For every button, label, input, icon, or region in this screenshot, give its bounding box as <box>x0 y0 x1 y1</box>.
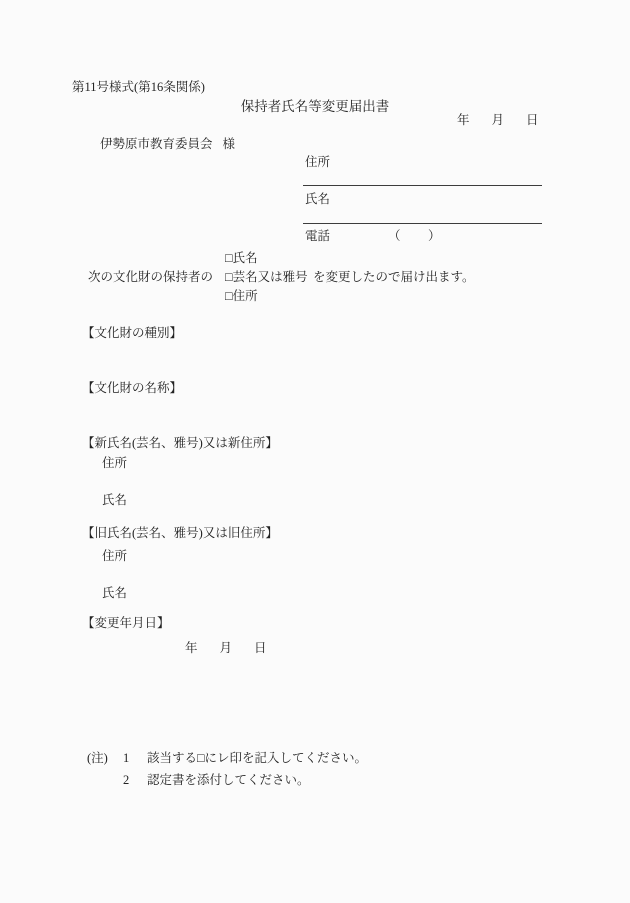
declaration-tail: を変更したので届け出ます。 <box>313 270 475 285</box>
applicant-address-label: 住所 <box>305 155 330 170</box>
section-heading-category: 【文化財の種別】 <box>82 326 182 341</box>
change-date-year: 年 <box>185 641 198 656</box>
phone-paren-open: （ <box>388 229 401 244</box>
checkbox-row-stage-name: □ 芸名又は雅号 <box>225 270 308 285</box>
section-heading-old-info: 【旧氏名(芸名、雅号)又は旧住所】 <box>82 526 278 541</box>
new-address-label: 住所 <box>102 456 127 471</box>
notes-marker: (注) <box>87 751 108 766</box>
change-date-fields: 年 月 日 <box>185 641 267 656</box>
new-name-label: 氏名 <box>102 493 127 508</box>
section-heading-change-date: 【変更年月日】 <box>82 616 170 631</box>
applicant-phone-label: 電話 <box>305 229 330 244</box>
checkbox-icon: □ <box>225 251 233 266</box>
addressee: 伊勢原市教育委員会 <box>100 137 213 152</box>
checkbox-icon: □ <box>225 270 233 285</box>
checkbox-row-address: □ 住所 <box>225 289 258 304</box>
note-2-number: 2 <box>123 773 129 788</box>
note-1-text: 該当する□にレ印を記入してください。 <box>147 751 367 766</box>
checkbox-option-label: 住所 <box>233 289 258 304</box>
header-date-month: 月 <box>492 113 505 128</box>
form-number: 第11号様式(第16条関係) <box>72 80 205 95</box>
addressee-line: 伊勢原市教育委員会 様 <box>100 137 235 152</box>
header-date-year: 年 <box>457 113 470 128</box>
applicant-name-label: 氏名 <box>305 192 330 207</box>
phone-paren-close: ） <box>428 229 441 244</box>
checkbox-row-name: □ 氏名 <box>225 251 258 266</box>
change-date-day: 日 <box>254 641 267 656</box>
old-address-label: 住所 <box>102 549 127 564</box>
applicant-address-line <box>303 185 542 186</box>
applicant-name-line <box>303 223 542 224</box>
header-date-day: 日 <box>526 113 539 128</box>
section-heading-new-info: 【新氏名(芸名、雅号)又は新住所】 <box>82 436 278 451</box>
old-name-label: 氏名 <box>102 586 127 601</box>
declaration-lead: 次の文化財の保持者の <box>88 270 213 285</box>
checkbox-option-label: 芸名又は雅号 <box>233 270 308 285</box>
header-date: 年 月 日 <box>457 113 539 128</box>
checkbox-option-label: 氏名 <box>233 251 258 266</box>
document-page: 第11号様式(第16条関係) 保持者氏名等変更届出書 年 月 日 伊勢原市教育委… <box>0 0 630 903</box>
addressee-honorific: 様 <box>223 137 236 152</box>
checkbox-icon: □ <box>225 289 233 304</box>
section-heading-name: 【文化財の名称】 <box>82 381 182 396</box>
note-2-text: 認定書を添付してください。 <box>147 773 310 788</box>
change-date-month: 月 <box>220 641 233 656</box>
note-1-number: 1 <box>123 751 129 766</box>
